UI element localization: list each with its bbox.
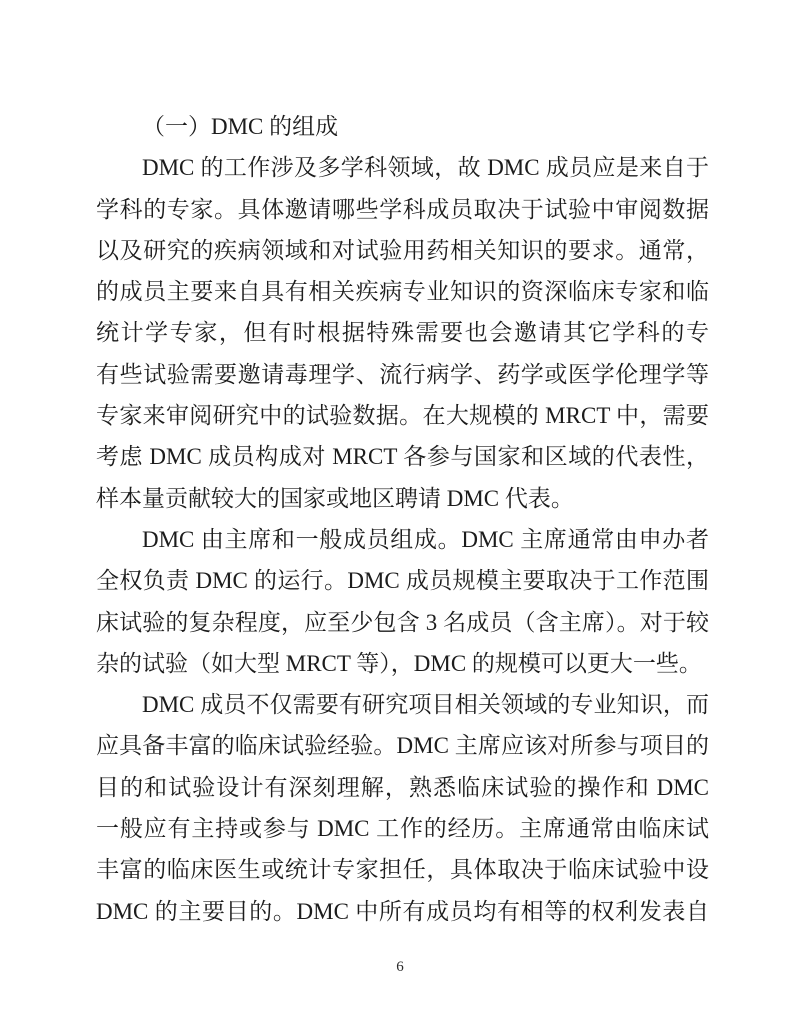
text-line: DMC 由主席和一般成员组成。DMC 主席通常由申办者推荐， [96,519,709,560]
text-line: 杂的试验（如大型 MRCT 等），DMC 的规模可以更大一些。 [96,643,709,684]
text-line: DMC 的工作涉及多学科领域，故 DMC 成员应是来自于不同 [96,147,709,188]
text-line: 专家来审阅研究中的试验数据。在大规模的 MRCT 中，需要特别 [96,395,709,436]
text-line: DMC 的主要目的。DMC 中所有成员均有相等的权利发表自己的看 [96,891,709,932]
text-line: 丰富的临床医生或统计专家担任，具体取决于临床试验中设置 [96,849,709,890]
text-line: 样本量贡献较大的国家或地区聘请 DMC 代表。 [96,478,709,519]
text-line: 考虑 DMC 成员构成对 MRCT 各参与国家和区域的代表性，例如从 [96,436,709,477]
section-heading: （一）DMC 的组成 [96,106,709,147]
page-number: 6 [0,957,800,977]
text-line: 以及研究的疾病领域和对试验用药相关知识的要求。通常，DMC [96,230,709,271]
text-line: 一般应有主持或参与 DMC 工作的经历。主席通常由临床试验经验 [96,808,709,849]
text-line: 应具备丰富的临床试验经验。DMC 主席应该对所参与项目的研究 [96,725,709,766]
text-line: 目的和试验设计有深刻理解，熟悉临床试验的操作和 DMC 的运行， [96,767,709,808]
text-line: 统计学专家，但有时根据特殊需要也会邀请其它学科的专家。例如， [96,312,709,353]
text-line: 床试验的复杂程度，应至少包含 3 名成员（含主席）。对于较为复 [96,602,709,643]
text-line: 全权负责 DMC 的运行。DMC 成员规模主要取决于工作范围和临 [96,560,709,601]
page-content: （一）DMC 的组成 DMC 的工作涉及多学科领域，故 DMC 成员应是来自于不… [96,106,709,932]
text-line: 学科的专家。具体邀请哪些学科成员取决于试验中审阅数据的目的， [96,189,709,230]
text-line: 的成员主要来自具有相关疾病专业知识的资深临床专家和临床试验 [96,271,709,312]
text-line: 有些试验需要邀请毒理学、流行病学、药学或医学伦理学等方面的 [96,354,709,395]
document-page: （一）DMC 的组成 DMC 的工作涉及多学科领域，故 DMC 成员应是来自于不… [0,0,800,1035]
text-line: DMC 成员不仅需要有研究项目相关领域的专业知识，而且还 [96,684,709,725]
